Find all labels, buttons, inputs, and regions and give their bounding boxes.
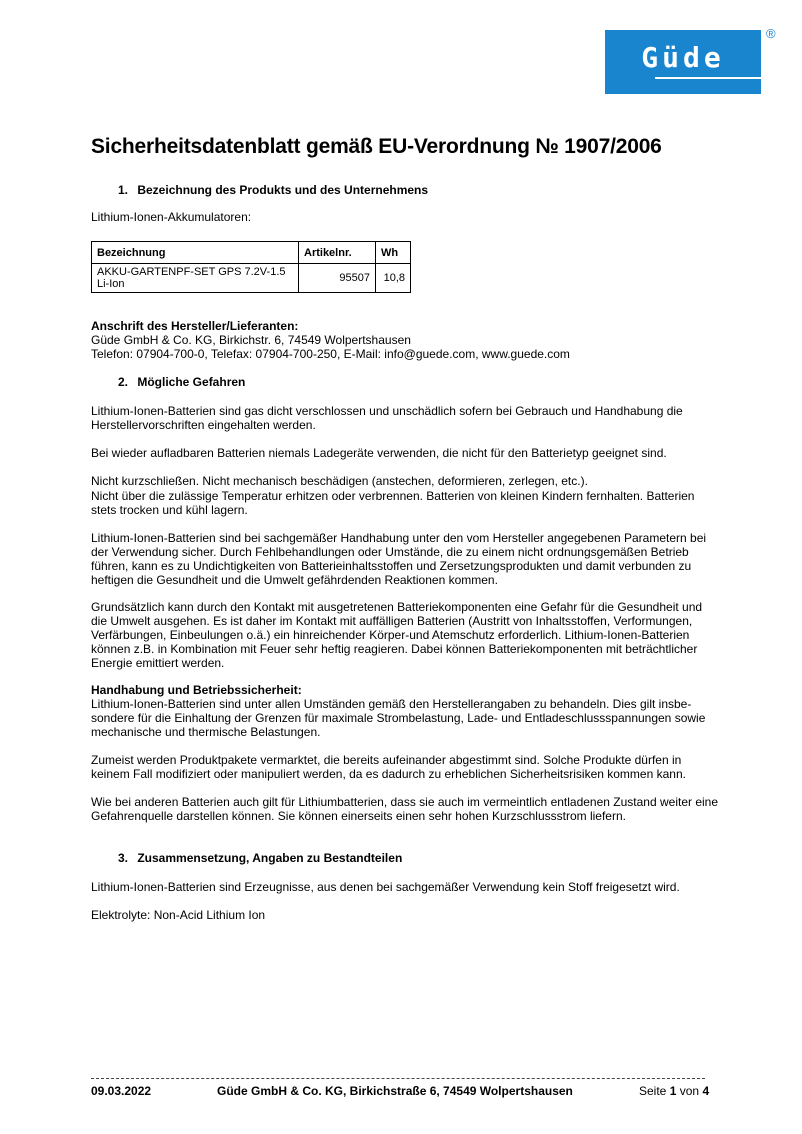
section-3-heading: 3. Zusammensetzung, Angaben zu Bestandte… xyxy=(118,851,402,865)
address-line-1: Güde GmbH & Co. KG, Birkichstr. 6, 74549… xyxy=(91,333,721,347)
column-header-artikelnr: Artikelnr. xyxy=(299,242,376,264)
table-row: AKKU-GARTENPF-SET GPS 7.2V-1.5 Li-Ion 95… xyxy=(92,264,411,293)
footer-divider xyxy=(91,1078,705,1079)
section-1-heading: 1. Bezeichnung des Produkts und des Unte… xyxy=(118,183,428,197)
section-title: Bezeichnung des Produkts und des Unterne… xyxy=(137,183,428,197)
page-prefix: Seite xyxy=(639,1084,666,1098)
guede-logo: Güde xyxy=(605,30,761,94)
address-block: Anschrift des Hersteller/Lieferanten: Gü… xyxy=(91,319,721,361)
registered-trademark-icon: ® xyxy=(766,26,776,41)
section-2-heading: 2. Mögliche Gefahren xyxy=(118,375,245,389)
section-title: Mögliche Gefahren xyxy=(137,375,245,389)
cell-bezeichnung-line1: AKKU-GARTENPF-SET GPS 7.2V-1.5 xyxy=(97,266,293,278)
address-label: Anschrift des Hersteller/Lieferanten: xyxy=(91,319,721,333)
section-number: 1. xyxy=(118,183,134,197)
section-2-paragraph-7: Zumeist werden Produktpakete vermarktet,… xyxy=(91,753,721,781)
footer-date: 09.03.2022 xyxy=(91,1084,151,1098)
column-header-wh: Wh xyxy=(376,242,411,264)
logo-underline xyxy=(655,77,761,79)
section-2-paragraph-2: Bei wieder aufladbaren Batterien niemals… xyxy=(91,446,721,460)
footer-page-number: Seite 1 von 4 xyxy=(639,1084,709,1098)
section-3-paragraph-1: Lithium-Ionen-Batterien sind Erzeugnisse… xyxy=(91,880,721,894)
section-2-paragraph-3b: Nicht über die zulässige Temperatur erhi… xyxy=(91,489,721,517)
section-2-paragraph-5: Grundsätzlich kann durch den Kontakt mit… xyxy=(91,600,721,670)
page-title: Sicherheitsdatenblatt gemäß EU-Verordnun… xyxy=(91,135,662,159)
footer-company: Güde GmbH & Co. KG, Birkichstraße 6, 745… xyxy=(217,1084,573,1098)
section-2-paragraph-6: Lithium-Ionen-Batterien sind unter allen… xyxy=(91,697,721,739)
logo-text: Güde xyxy=(605,44,761,72)
section-2-paragraph-8: Wie bei anderen Batterien auch gilt für … xyxy=(91,795,721,823)
section-2-paragraph-3a: Nicht kurzschließen. Nicht mechanisch be… xyxy=(91,474,721,488)
cell-wh: 10,8 xyxy=(376,264,411,293)
handling-label: Handhabung und Betriebssicherheit: xyxy=(91,683,721,697)
address-line-2: Telefon: 07904-700-0, Telefax: 07904-700… xyxy=(91,347,721,361)
section-2-paragraph-1: Lithium-Ionen-Batterien sind gas dicht v… xyxy=(91,404,721,432)
section-1-intro: Lithium-Ionen-Akkumulatoren: xyxy=(91,210,721,224)
section-number: 2. xyxy=(118,375,134,389)
section-3-paragraph-2: Elektrolyte: Non-Acid Lithium Ion xyxy=(91,908,721,922)
page-separator: von xyxy=(680,1084,699,1098)
page-total: 4 xyxy=(702,1084,709,1098)
section-2-paragraph-4: Lithium-Ionen-Batterien sind bei sachgem… xyxy=(91,531,721,587)
section-number: 3. xyxy=(118,851,134,865)
product-table: Bezeichnung Artikelnr. Wh AKKU-GARTENPF-… xyxy=(91,241,411,293)
cell-bezeichnung-line2: Li-Ion xyxy=(97,278,293,290)
section-title: Zusammensetzung, Angaben zu Bestandteile… xyxy=(137,851,402,865)
cell-bezeichnung: AKKU-GARTENPF-SET GPS 7.2V-1.5 Li-Ion xyxy=(92,264,299,293)
table-header-row: Bezeichnung Artikelnr. Wh xyxy=(92,242,411,264)
column-header-bezeichnung: Bezeichnung xyxy=(92,242,299,264)
cell-artikelnr: 95507 xyxy=(299,264,376,293)
page-current: 1 xyxy=(670,1084,677,1098)
